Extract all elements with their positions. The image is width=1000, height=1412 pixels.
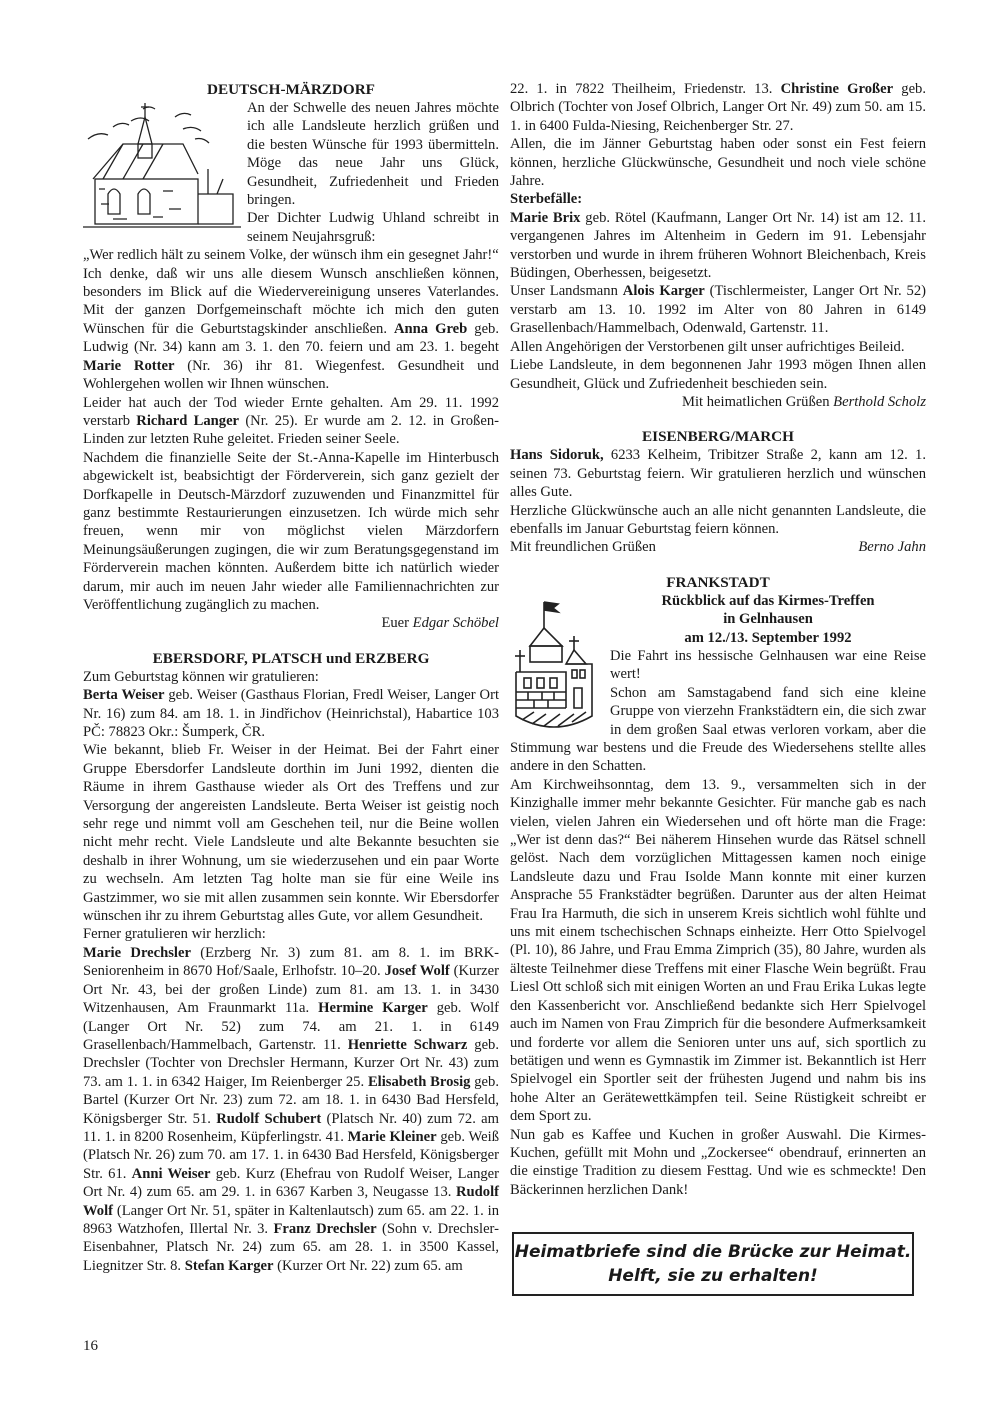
signature: Mit heimatlichen Grüßen Berthold Scholz — [510, 393, 926, 411]
person-name: Hans Sidoruk, — [510, 447, 604, 463]
section-title: DEUTSCH-MÄRZDORF — [83, 80, 499, 99]
castle-coat-of-arms-icon — [510, 598, 602, 728]
sterbefaelle-heading: Sterbefälle: — [510, 190, 926, 208]
berta-paragraph: Berta Weiser geb. Weiser (Gasthaus Flori… — [83, 686, 499, 741]
author-name: Edgar Schöbel — [413, 615, 499, 631]
chapel-illustration-icon — [83, 99, 241, 231]
person-name: Anna Greb — [394, 321, 467, 337]
signature: Mit freundlichen GrüßenBerno Jahn — [510, 538, 926, 556]
person-name: Henriette Schwarz — [348, 1037, 468, 1053]
person-name: Elisabeth Brosig — [368, 1074, 470, 1090]
slogan-line: Helft, sie zu erhalten! — [514, 1264, 912, 1288]
right-column: 22. 1. in 7822 Theilheim, Friedenstr. 13… — [510, 80, 926, 1199]
allen-paragraph: Allen, die im Jänner Geburtstag haben od… — [510, 135, 926, 190]
left-column: DEUTSCH-MÄRZDORF An der Schwelle des neu… — [83, 80, 499, 1275]
person-name: Marie Kleiner — [348, 1129, 437, 1145]
section-frankstadt: FRANKSTADT Rückblick auf das Kirmes-Tref… — [510, 573, 926, 1199]
spacer — [83, 633, 499, 649]
section-title: FRANKSTADT — [510, 573, 926, 592]
author-name: Berthold Scholz — [833, 394, 926, 410]
spacer — [510, 411, 926, 427]
person-name: Anni Weiser — [132, 1166, 211, 1182]
liebe-paragraph: Liebe Landsleute, in dem begonnenen Jahr… — [510, 356, 926, 393]
section-deutsch-maerzdorf: DEUTSCH-MÄRZDORF An der Schwelle des neu… — [83, 80, 499, 633]
person-name: Rudolf Schubert — [216, 1111, 321, 1127]
person-name: Hermine Karger — [318, 1000, 428, 1016]
section-ebersdorf: EBERSDORF, PLATSCH und ERZBERG Zum Gebur… — [83, 649, 499, 1275]
section-ebersdorf-continued: 22. 1. in 7822 Theilheim, Friedenstr. 13… — [510, 80, 926, 411]
person-name: Josef Wolf — [385, 963, 450, 979]
section-eisenberg: EISENBERG/MARCH Hans Sidoruk, 6233 Kelhe… — [510, 427, 926, 556]
person-name: Marie Drechsler — [83, 945, 191, 961]
birthday-list: Marie Drechsler (Erzberg Nr. 3) zum 81. … — [83, 944, 499, 1275]
person-name: Richard Langer — [136, 413, 239, 429]
uhland-quote: „Wer redlich hält zu seinem Volke, der w… — [83, 246, 499, 264]
spacer — [510, 557, 926, 573]
frankstadt-paragraph: Nun gab es Kaffee und Kuchen in großer A… — [510, 1126, 926, 1200]
chapel-paragraph: Nachdem die finanzielle Seite der St.-An… — [83, 449, 499, 615]
beileid-paragraph: Allen Angehörigen der Verstorbenen gilt … — [510, 338, 926, 356]
ferner-line: Ferner gratulieren wir herzlich: — [83, 925, 499, 943]
slogan-box: Heimatbriefe sind die Brücke zur Heimat.… — [512, 1232, 914, 1296]
person-name: Stefan Karger — [185, 1258, 274, 1274]
hans-paragraph: Hans Sidoruk, 6233 Kelheim, Tribitzer St… — [510, 446, 926, 501]
story-paragraph: Wie bekannt, blieb Fr. Weiser in der Hei… — [83, 741, 499, 925]
christine-paragraph: 22. 1. in 7822 Theilheim, Friedenstr. 13… — [510, 80, 926, 135]
person-name: Christine Großer — [781, 81, 894, 97]
person-name: Berta Weiser — [83, 687, 164, 703]
section-title: EISENBERG/MARCH — [510, 427, 926, 446]
person-name: Marie Rotter — [83, 358, 174, 374]
herzliche-paragraph: Herzliche Glückwünsche auch an alle nich… — [510, 502, 926, 539]
section-title: EBERSDORF, PLATSCH und ERZBERG — [83, 649, 499, 668]
frankstadt-paragraph: Am Kirchweihsonntag, dem 13. 9., versamm… — [510, 776, 926, 1126]
birthday-paragraph: Ich denke, daß wir uns alle diesem Wunsc… — [83, 265, 499, 394]
page-number: 16 — [83, 1338, 98, 1355]
person-name: Marie Brix — [510, 210, 580, 226]
signature: Euer Edgar Schöbel — [83, 614, 499, 632]
person-name: Franz Drechsler — [273, 1221, 376, 1237]
brix-paragraph: Marie Brix geb. Rötel (Kaufmann, Langer … — [510, 209, 926, 283]
death-paragraph: Leider hat auch der Tod wieder Ernte geh… — [83, 394, 499, 449]
alois-paragraph: Unser Landsmann Alois Karger (Tischlerme… — [510, 282, 926, 337]
author-name: Berno Jahn — [858, 538, 926, 556]
person-name: Alois Karger — [623, 283, 705, 299]
intro-line: Zum Geburtstag können wir gratulieren: — [83, 668, 499, 686]
slogan-line: Heimatbriefe sind die Brücke zur Heimat. — [514, 1240, 912, 1264]
